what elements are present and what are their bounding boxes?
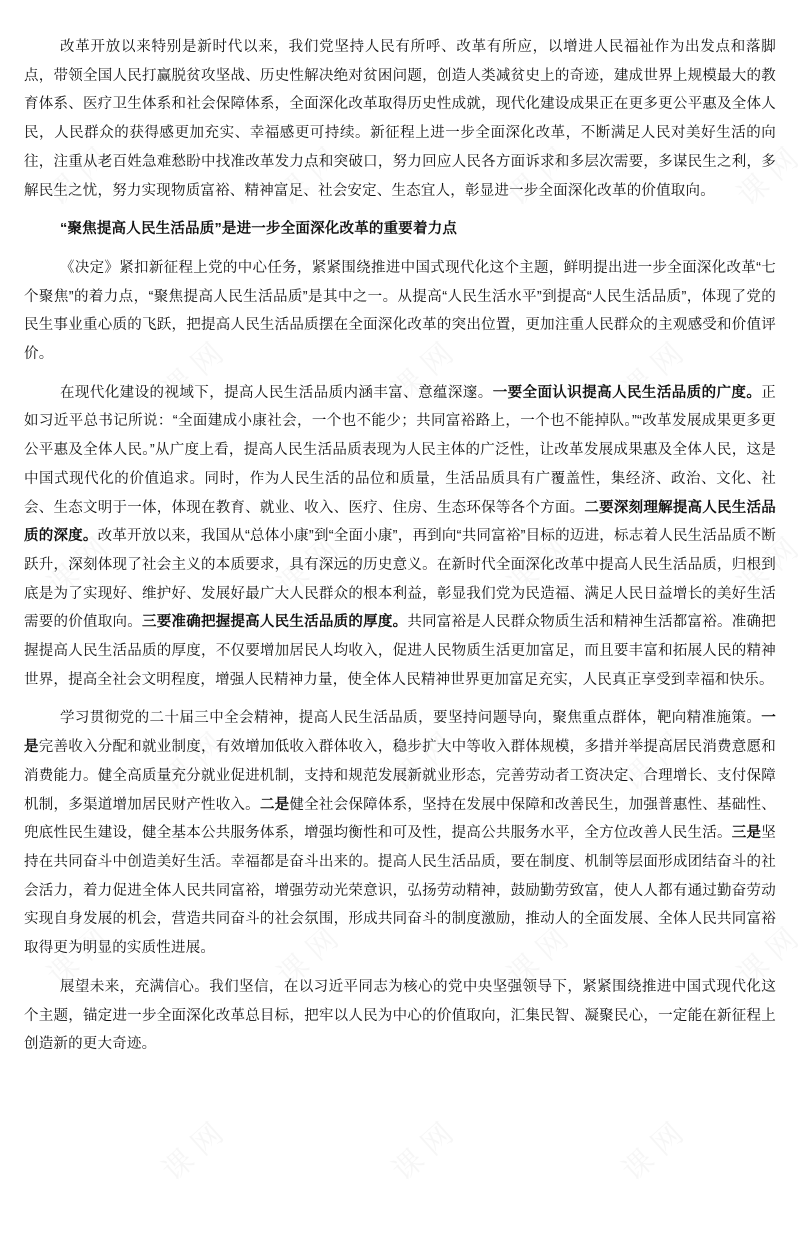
text-run: 坚持在共同奋斗中创造美好生活。幸福都是奋斗出来的。提高人民生活品质，要在制度、机… (24, 825, 776, 956)
document-page: 课网课网课网课网课网课网课网课网课网课网课网课网课网课网课网课网课网课网课网课网… (0, 0, 800, 1258)
text-run: 正如习近平总书记所说：“全面建成小康社会，一个也不能少；共同富裕路上，一个也不能… (24, 385, 776, 516)
watermark-text: 课网 (380, 1105, 467, 1190)
bold-text-run: 三是 (732, 825, 762, 841)
section-heading: “聚焦提高人民生活品质”是进一步全面深化改革的重要着力点 (24, 215, 776, 244)
bold-text-run: 二是 (260, 797, 290, 813)
intro-paragraph: 改革开放以来特别是新时代以来，我们党坚持人民有所呼、改革有所应，以增进人民福祉作… (24, 33, 776, 205)
watermark-text: 课网 (150, 1105, 237, 1190)
implementation-paragraph: 学习贯彻党的二十届三中全会精神，提高人民生活品质，要坚持问题导向，聚焦重点群体，… (24, 704, 776, 962)
text-run: 学习贯彻党的二十届三中全会精神，提高人民生活品质，要坚持问题导向，聚焦重点群体，… (60, 710, 761, 726)
text-run: 《决定》紧扣新征程上党的中心任务，紧紧围绕推进中国式现代化这个主题，鲜明提出进一… (24, 260, 776, 362)
outlook-paragraph: 展望未来，充满信心。我们坚信，在以习近平同志为核心的党中央坚强领导下，紧紧围绕推… (24, 973, 776, 1059)
bold-text-run: 一要全面认识提高人民生活品质的广度。 (493, 385, 762, 401)
text-run: 展望未来，充满信心。我们坚信，在以习近平同志为核心的党中央坚强领导下，紧紧围绕推… (24, 979, 776, 1052)
dimensions-paragraph: 在现代化建设的视域下，提高人民生活品质内涵丰富、意蕴深邃。一要全面认识提高人民生… (24, 379, 776, 695)
text-run: 改革开放以来特别是新时代以来，我们党坚持人民有所呼、改革有所应，以增进人民福祉作… (24, 39, 776, 199)
text-run: 在现代化建设的视域下，提高人民生活品质内涵丰富、意蕴深邃。 (60, 385, 493, 401)
bold-text-run: 三要准确把握提高人民生活品质的厚度。 (142, 614, 407, 630)
bold-text-run: “聚焦提高人民生活品质”是进一步全面深化改革的重要着力点 (60, 221, 457, 237)
watermark-text: 课网 (610, 1105, 697, 1190)
article-body: 改革开放以来特别是新时代以来，我们党坚持人民有所呼、改革有所应，以增进人民福祉作… (24, 33, 776, 1059)
decision-paragraph: 《决定》紧扣新征程上党的中心任务，紧紧围绕推进中国式现代化这个主题，鲜明提出进一… (24, 254, 776, 369)
